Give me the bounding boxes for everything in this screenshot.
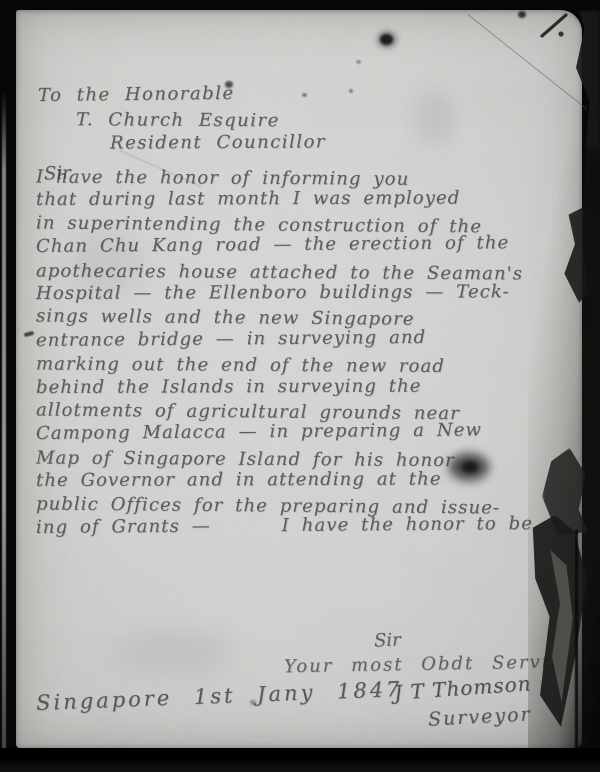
body-line: ing of Grants — I have the honor to be (36, 512, 558, 540)
letter-text: To the Honorable T. Church Esquire Resid… (36, 84, 558, 540)
closing-sir: Sir (374, 630, 401, 652)
body-line: Campong Malacca — in preparing a New (36, 418, 558, 446)
body-line: that during last month I was employed (36, 187, 558, 212)
scanned-letter-page: To the Honorable T. Church Esquire Resid… (0, 0, 600, 772)
ink-spot (380, 34, 393, 45)
heading-line: To the Honorable (36, 79, 558, 108)
scan-bottom-band (0, 748, 600, 772)
heading-line: Resident Councillor (36, 129, 558, 156)
scanner-edge-strip (2, 90, 6, 772)
body-line: entrance bridge — in surveying and (36, 325, 558, 353)
body-line: Chan Chu Kang road — the erection of the (36, 231, 558, 259)
letter-body: Sir I have the honor of informing you th… (36, 165, 558, 540)
body-line: Hospital — the Ellenboro buildings — Tec… (36, 280, 558, 305)
page-number (534, 8, 574, 42)
body-line: behind the Islands in surveying the (36, 374, 558, 399)
ink-spot (356, 60, 361, 64)
body-line: the Governor and in attending at the (36, 467, 558, 492)
age-stain (120, 630, 230, 676)
letter-heading: To the Honorable T. Church Esquire Resid… (36, 84, 558, 156)
ink-spot (518, 11, 526, 18)
